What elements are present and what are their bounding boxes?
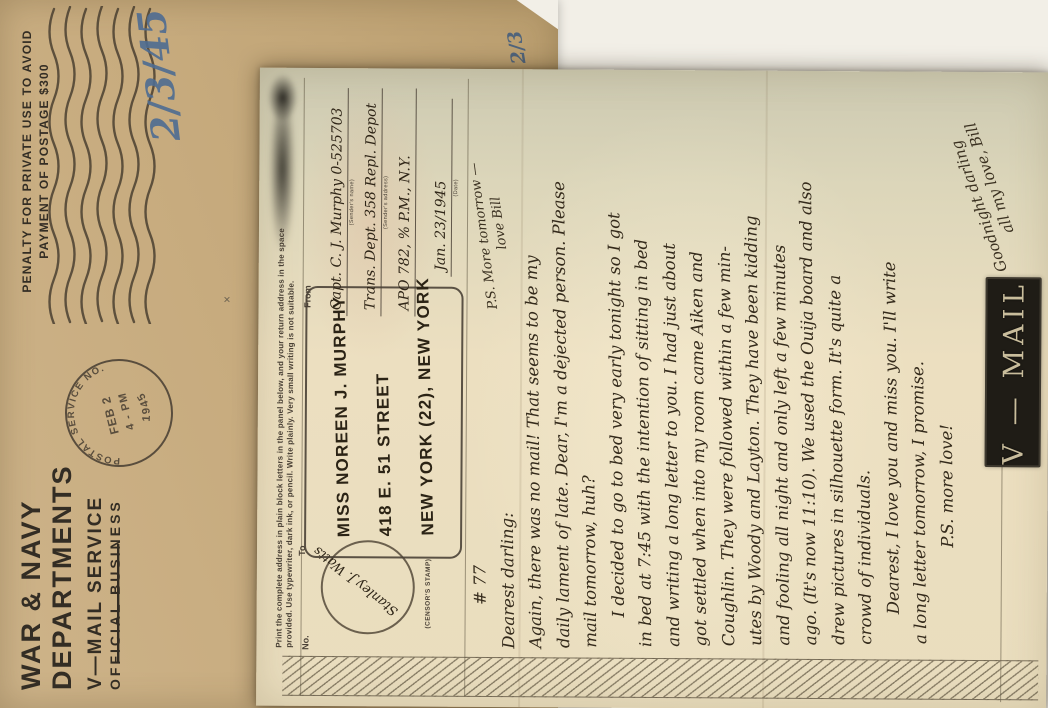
date-field: Jan. 23/1945 (Date) <box>431 99 460 277</box>
to-address: MISS NOREEN J. MURPHY 418 E. 51 STREET N… <box>318 287 449 537</box>
censor-signature: Stanley J. Watts <box>327 556 401 619</box>
sender-apo-field: APO 782, % P.M., N.Y. <box>394 88 416 316</box>
hatched-border <box>282 656 1038 701</box>
divider-rule <box>117 544 120 662</box>
penalty-line: PENALTY FOR PRIVATE USE TO AVOID <box>20 8 34 314</box>
sender-address-field: Trans. Dept. 358 Repl. Depot (Sender's a… <box>360 88 389 316</box>
form-instructions: Print the complete address in plain bloc… <box>274 76 297 648</box>
to-address-line: 418 E. 51 STREET <box>360 288 407 537</box>
from-field-label: From <box>302 285 312 308</box>
sender-name-value: Capt. C. J. Murphy 0-525703 <box>326 88 348 316</box>
message-body: # 77 Dearest darling: Again, there was n… <box>461 88 962 650</box>
date-label: (Date) <box>453 99 460 277</box>
sender-name-field: Capt. C. J. Murphy 0-525703 (Sender's na… <box>326 88 355 316</box>
to-address-panel: MISS NOREEN J. MURPHY 418 E. 51 STREET N… <box>304 286 464 559</box>
penalty-notice: PENALTY FOR PRIVATE USE TO AVOID PAYMENT… <box>20 8 51 314</box>
date-value: Jan. 23/1945 <box>431 99 453 277</box>
to-address-line: MISS NOREEN J. MURPHY <box>318 289 365 538</box>
sender-address-value: Trans. Dept. 358 Repl. Depot <box>360 88 382 316</box>
svg-text:1945: 1945 <box>133 389 155 425</box>
return-line: WAR & NAVY <box>16 424 47 690</box>
sender-apo-value: APO 782, % P.M., N.Y. <box>394 88 416 316</box>
no-field-label: No. <box>300 635 310 650</box>
sender-address-label: (Sender's address) <box>382 88 389 316</box>
postmark-year: 1945 <box>133 389 155 425</box>
penalty-line: PAYMENT OF POSTAGE $300 <box>37 8 51 314</box>
vmail-logo: V — MAIL <box>985 277 1042 467</box>
stray-pencil-mark: × <box>220 296 234 303</box>
vmail-form: Print the complete address in plain bloc… <box>256 68 1048 708</box>
sender-name-label: (Sender's name) <box>348 88 355 316</box>
instruction-line: provided. Use typewriter, dark ink, or p… <box>284 76 297 648</box>
to-address-line: NEW YORK (22), NEW YORK <box>402 287 449 536</box>
scan-canvas: WAR & NAVY DEPARTMENTS V—MAIL SERVICE OF… <box>0 0 1048 708</box>
scanned-vmail-document: { "annotations": { "date_note": "2/3/45"… <box>0 0 1048 708</box>
vmail-logo-text: V — MAIL <box>996 280 1030 465</box>
letter-sheet: Print the complete address in plain bloc… <box>256 68 1048 708</box>
handwritten-corner-annotation: 2/3 <box>504 29 531 65</box>
from-address-block: Capt. C. J. Murphy 0-525703 (Sender's na… <box>300 88 301 316</box>
